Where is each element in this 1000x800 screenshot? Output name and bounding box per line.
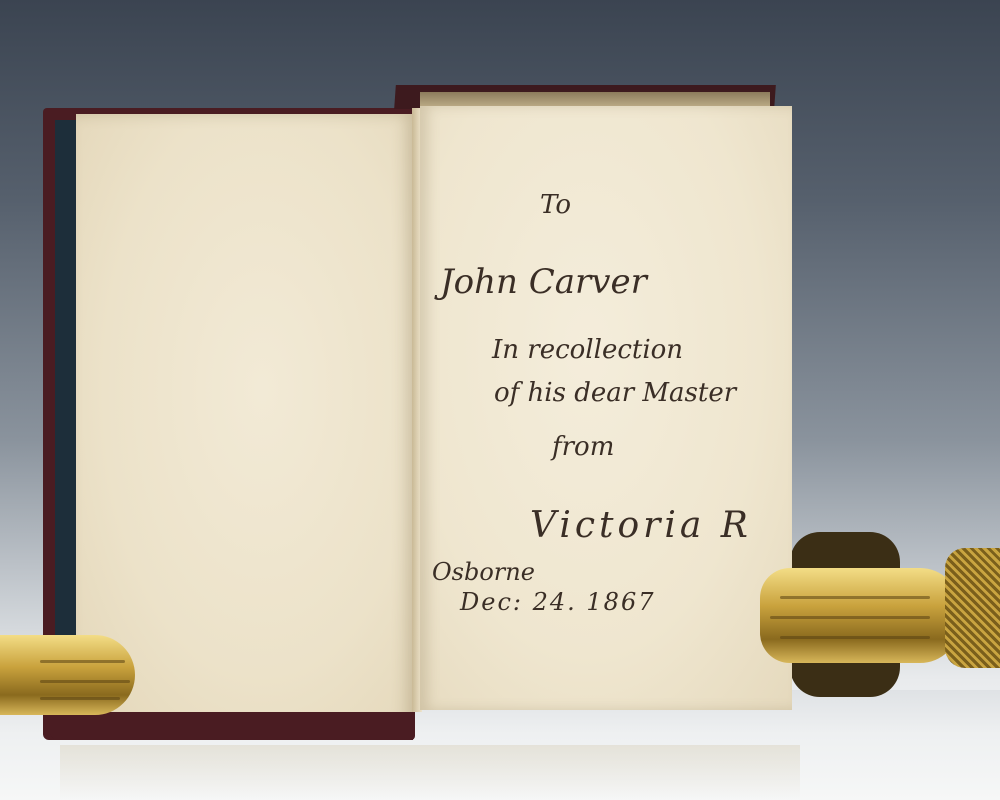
inscription-date: Dec: 24. 1867 bbox=[460, 588, 655, 616]
finger-groove bbox=[770, 616, 930, 619]
inscription-line-2: of his dear Master bbox=[494, 378, 736, 408]
finger-groove bbox=[780, 636, 930, 639]
inscription-from: from bbox=[552, 432, 614, 462]
finger-groove bbox=[40, 680, 130, 683]
inscription-recipient: John Carver bbox=[440, 262, 647, 302]
left-page bbox=[76, 114, 414, 726]
right-page bbox=[420, 106, 792, 710]
finger-groove bbox=[40, 697, 120, 700]
inscription-line-1: In recollection bbox=[492, 335, 683, 365]
brass-hand-bookend-left bbox=[0, 635, 135, 715]
book-reflection bbox=[60, 745, 800, 800]
finger-groove bbox=[780, 596, 930, 599]
brass-hand-bookend-right bbox=[760, 568, 960, 663]
inscription-place: Osborne bbox=[432, 558, 535, 586]
book-cover-bottom-edge bbox=[50, 712, 415, 740]
inscription-to: To bbox=[540, 190, 571, 220]
brass-hand-cuff-right bbox=[945, 548, 1000, 668]
finger-groove bbox=[40, 660, 125, 663]
inscription-signature: Victoria R bbox=[530, 505, 752, 546]
